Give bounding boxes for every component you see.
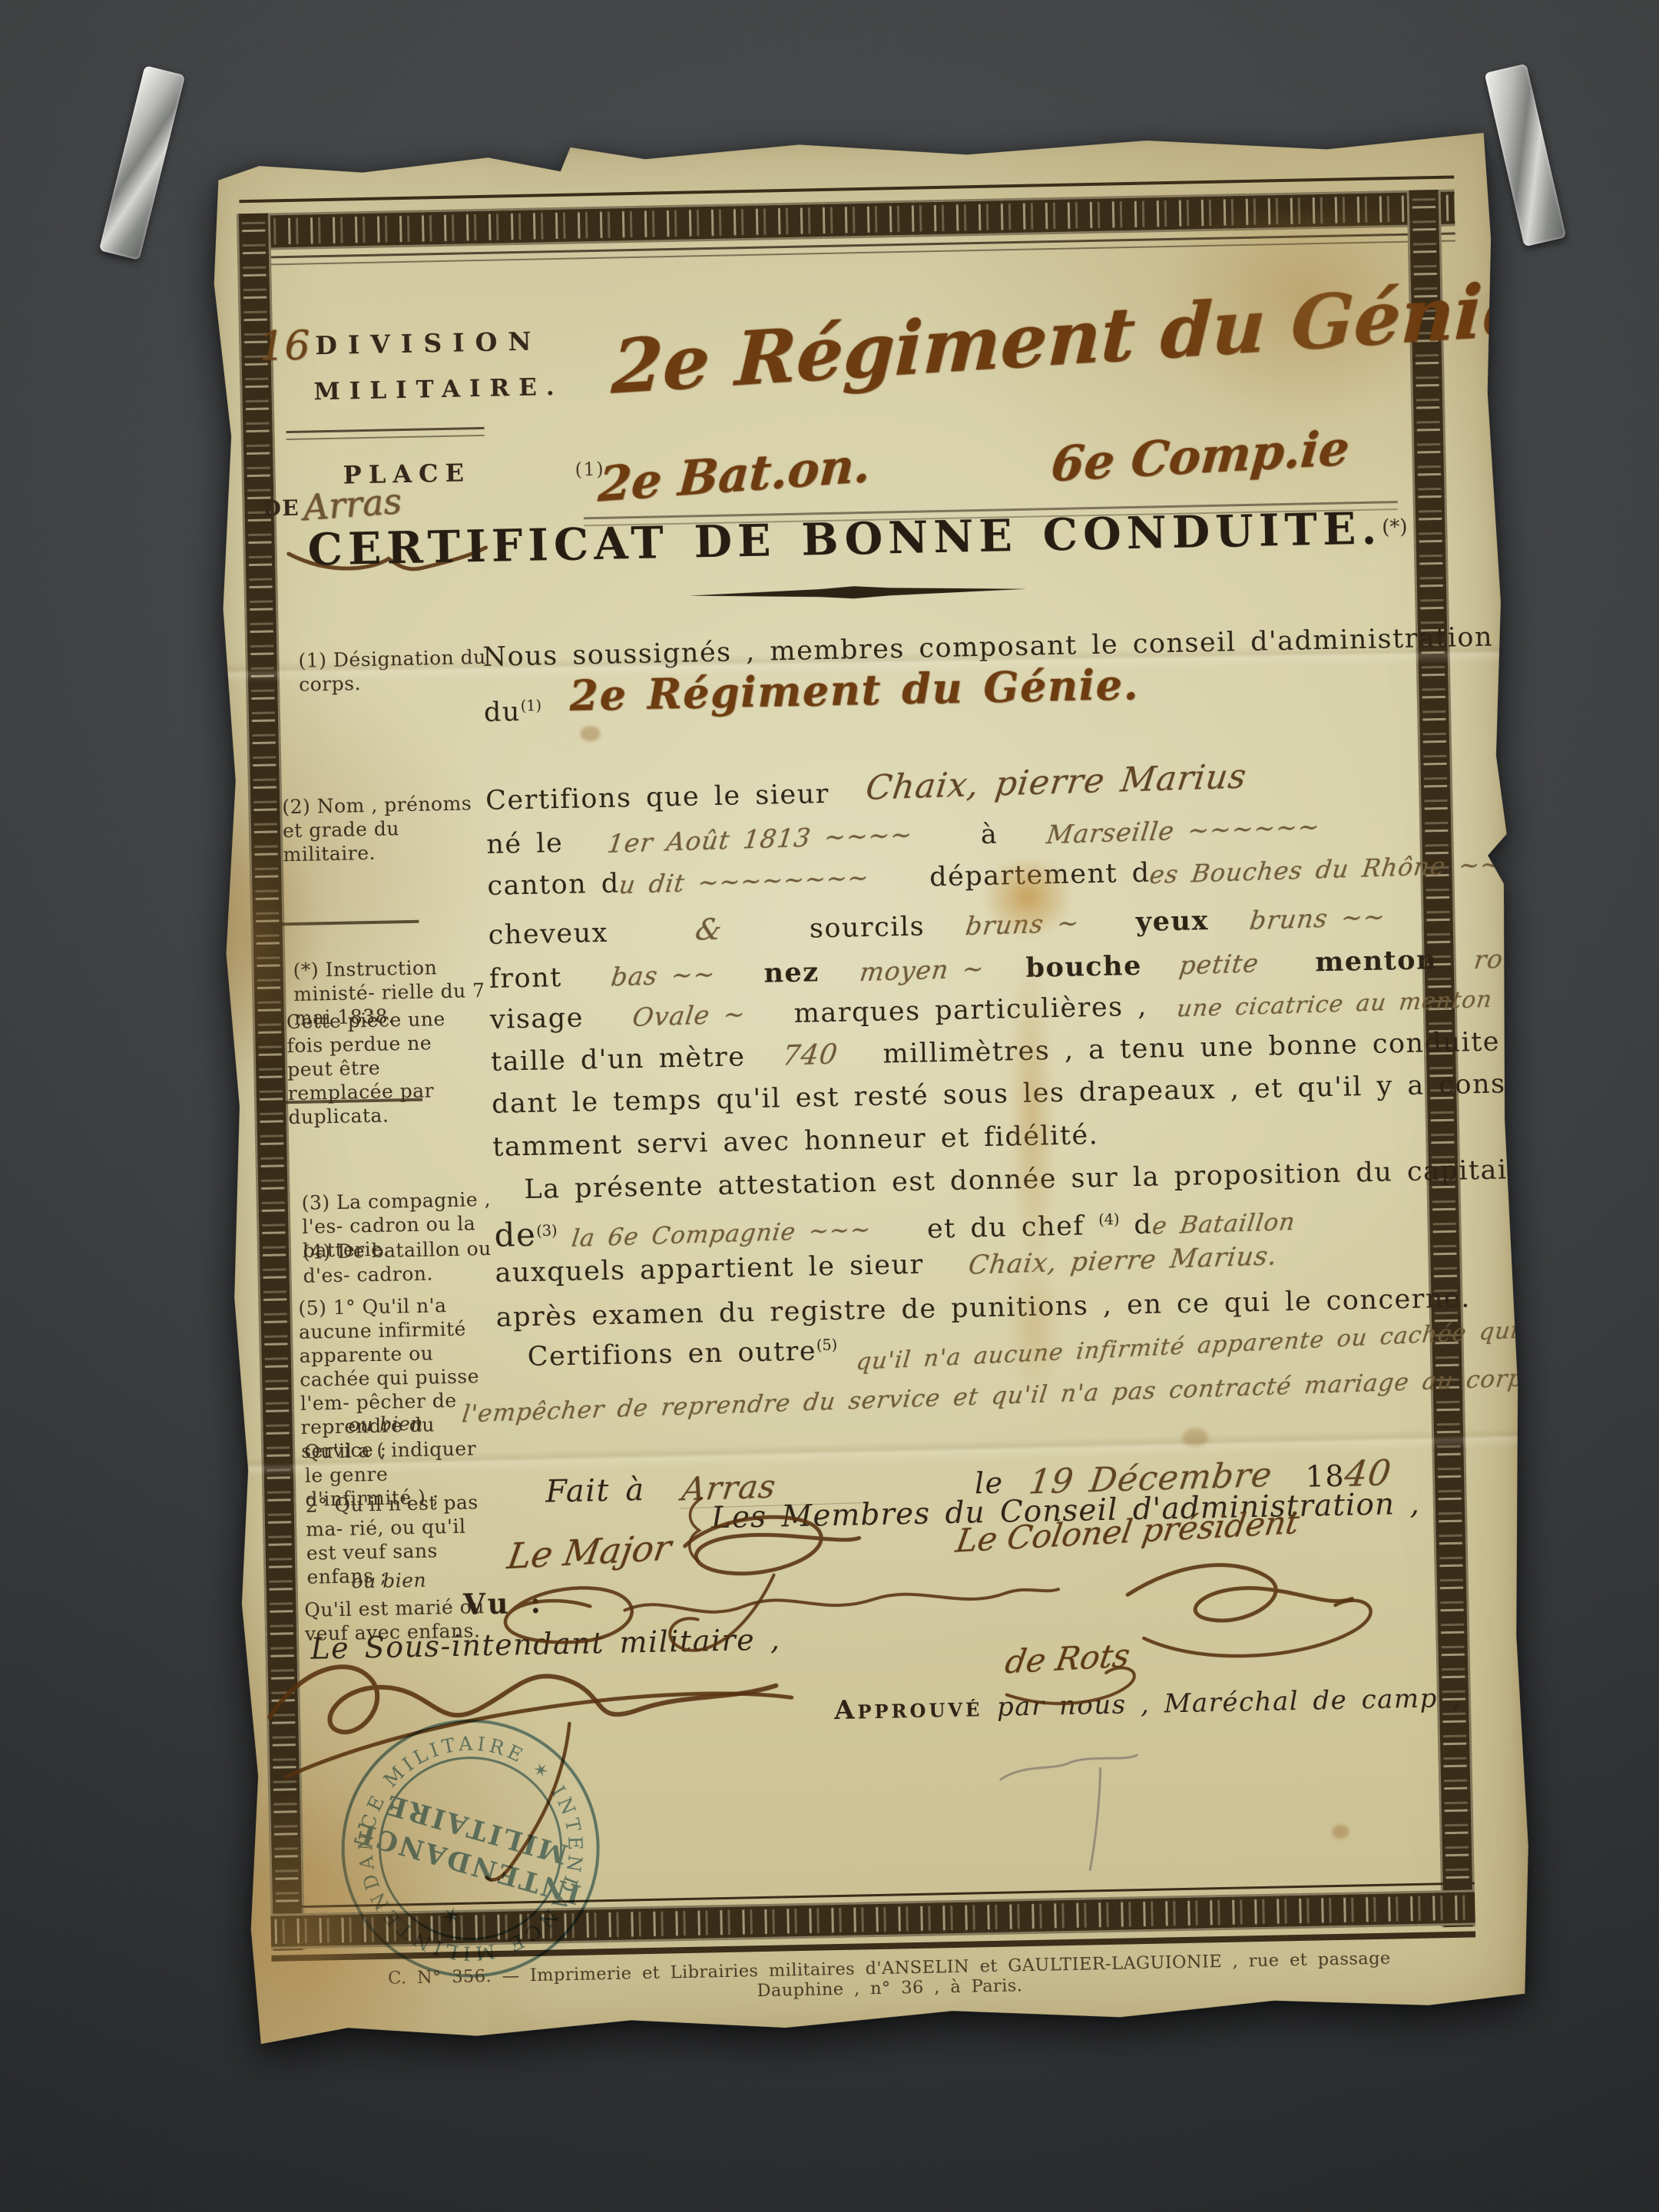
colonel-signature-underline xyxy=(1143,1600,1371,1657)
paper: 16 DIVISION MILITAIRE. PLACE DE Arras (1… xyxy=(207,124,1532,2063)
conseil-member-signature xyxy=(624,1589,1058,1614)
mounting-clip-right xyxy=(1485,64,1567,247)
urvoy-oval-signature xyxy=(505,1587,632,1644)
major-signature-flourish xyxy=(684,1515,859,1575)
mounting-clip-left xyxy=(99,65,185,260)
derots-flourish xyxy=(1006,1667,1134,1704)
photo-background: 16 DIVISION MILITAIRE. PLACE DE Arras (1… xyxy=(0,0,1659,2212)
stamp-star: ✶ xyxy=(439,1899,465,1930)
document-sheet: 16 DIVISION MILITAIRE. PLACE DE Arras (1… xyxy=(207,124,1532,2063)
pencil-initial-squiggle xyxy=(1000,1755,1139,1872)
colonel-signature-flourish xyxy=(1127,1562,1352,1622)
